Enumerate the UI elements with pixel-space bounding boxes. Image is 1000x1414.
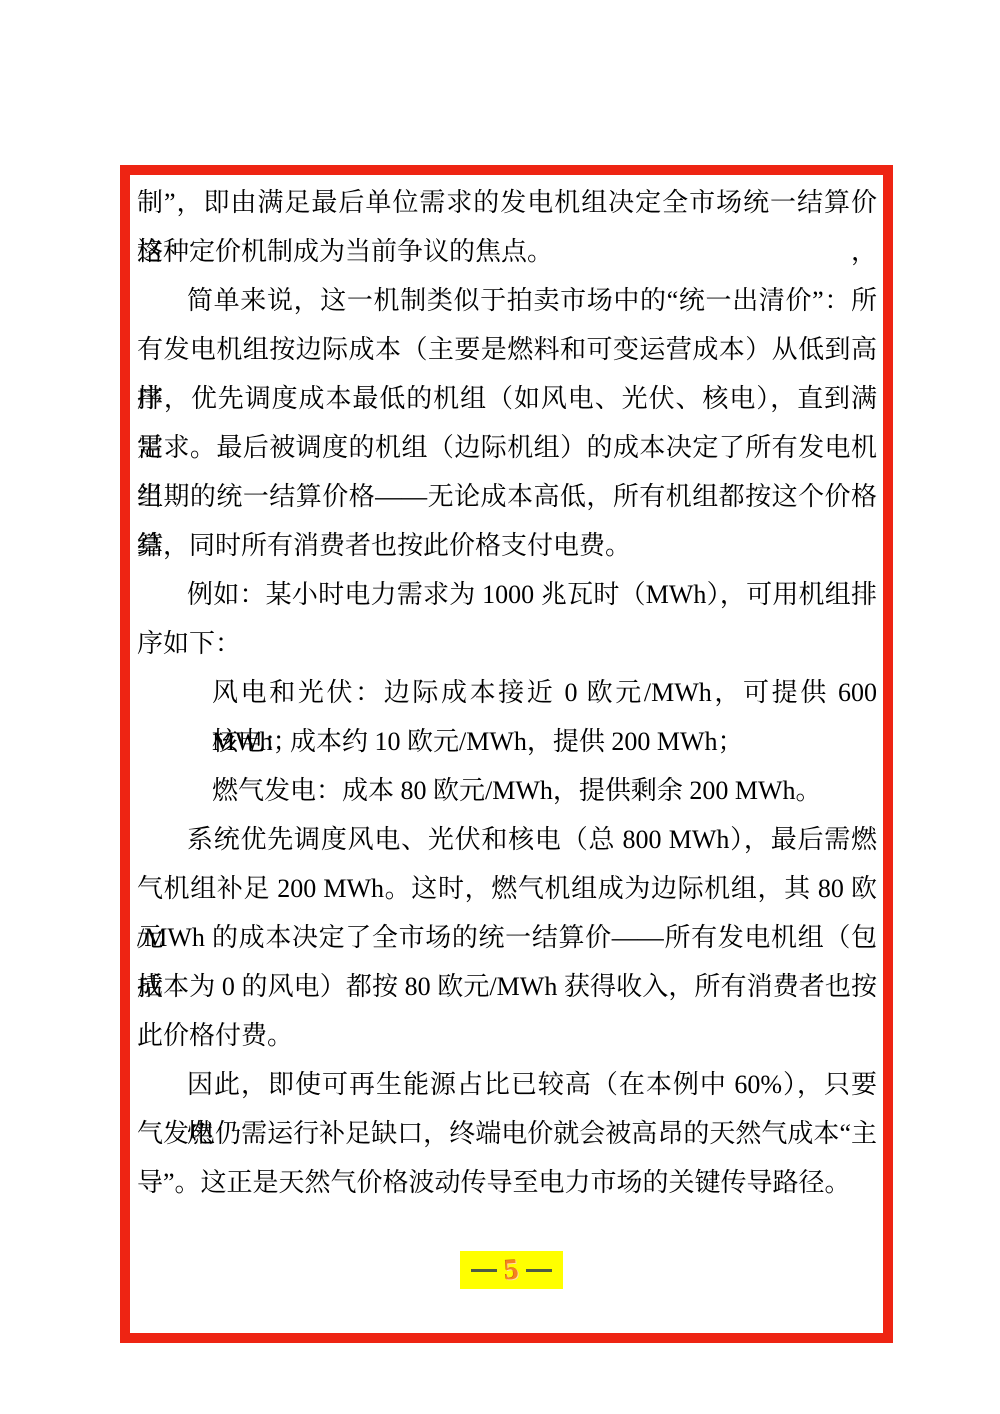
text-line: 序，优先调度成本最低的机组（如风电、光伏、核电），直到满足 — [137, 374, 877, 423]
text-line: 核电：成本约 10 欧元/MWh，提供 200 MWh； — [137, 717, 877, 766]
text-line: 例如：某小时电力需求为 1000 兆瓦时（MWh），可用机组排 — [137, 570, 877, 619]
text-line: 有发电机组按边际成本（主要是燃料和可变运营成本）从低到高排 — [137, 325, 877, 374]
text-line: 风电和光伏：边际成本接近 0 欧元/MWh，可提供 600 MWh； — [137, 668, 877, 717]
text-line: 算，同时所有消费者也按此价格支付电费。 — [137, 521, 877, 570]
page-number-highlight: 5 — [460, 1251, 563, 1289]
text-line: /MWh 的成本决定了全市场的统一结算价——所有发电机组（包括 — [137, 913, 877, 962]
text-line: 成本为 0 的风电）都按 80 欧元/MWh 获得收入，所有消费者也按 — [137, 962, 877, 1011]
text-line: 需求。最后被调度的机组（边际机组）的成本决定了所有发电机组 — [137, 423, 877, 472]
text-line: 气机组补足 200 MWh。这时，燃气机组成为边际机组，其 80 欧元 — [137, 864, 877, 913]
dash-right — [526, 1269, 552, 1272]
text-line: 导”。这正是天然气价格波动传导至电力市场的关键传导路径。 — [137, 1158, 877, 1207]
text-line: 因此，即使可再生能源占比已较高（在本例中 60%），只要燃 — [137, 1060, 877, 1109]
text-line: 此价格付费。 — [137, 1011, 877, 1060]
page-number: 5 — [501, 1255, 521, 1285]
dash-left — [471, 1269, 497, 1272]
document-body: 制”，即由满足最后单位需求的发电机组决定全市场统一结算价格， 这种定价机制成为当… — [137, 178, 877, 1207]
text-line: 序如下： — [137, 619, 877, 668]
text-line: 制”，即由满足最后单位需求的发电机组决定全市场统一结算价格， — [137, 178, 877, 227]
text-line: 当期的统一结算价格——无论成本高低，所有机组都按这个价格结 — [137, 472, 877, 521]
text-line: 简单来说，这一机制类似于拍卖市场中的“统一出清价”：所 — [137, 276, 877, 325]
text-line: 气发电仍需运行补足缺口，终端电价就会被高昂的天然气成本“主 — [137, 1109, 877, 1158]
text-line: 系统优先调度风电、光伏和核电（总 800 MWh），最后需燃 — [137, 815, 877, 864]
text-line: 燃气发电：成本 80 欧元/MWh，提供剩余 200 MWh。 — [137, 766, 877, 815]
